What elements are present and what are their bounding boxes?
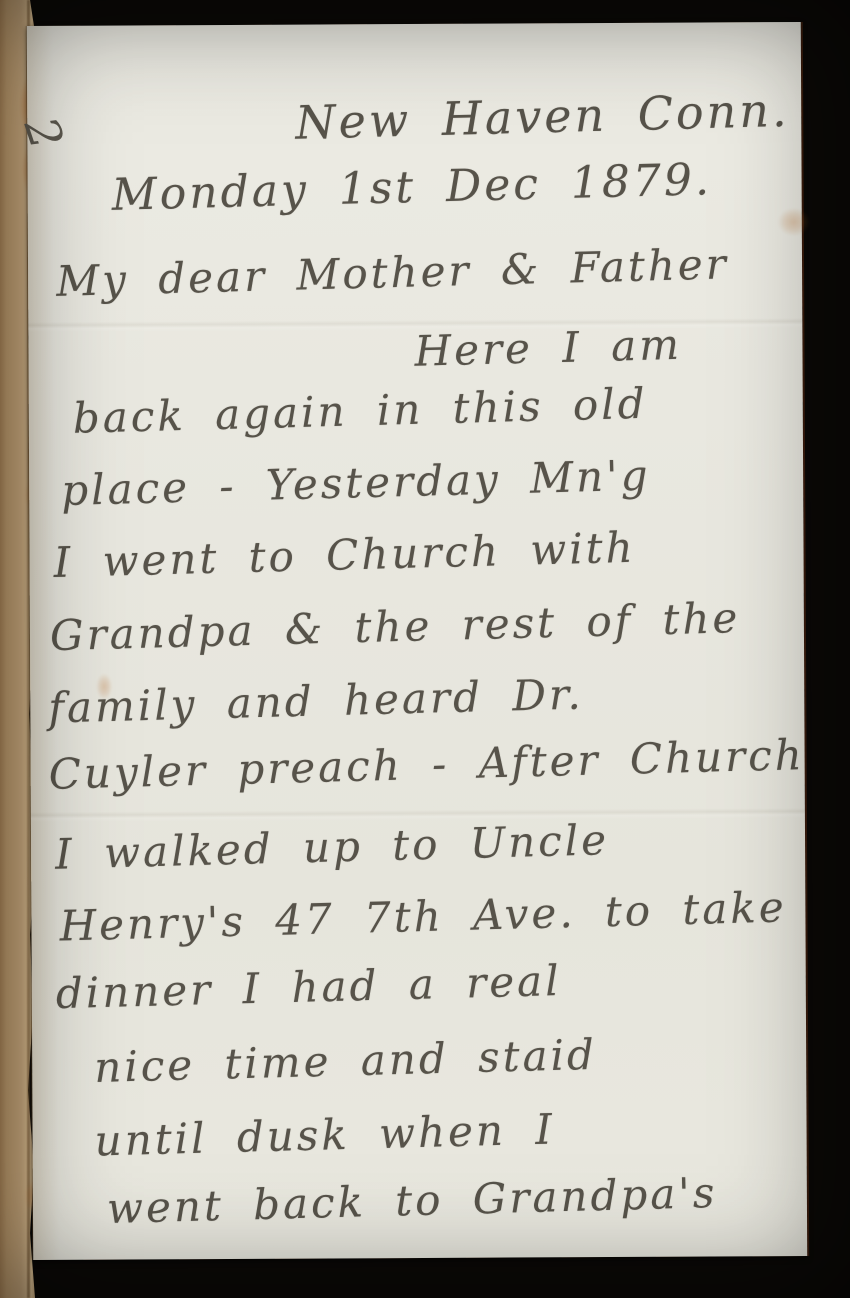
letter-date-line: Monday 1st Dec 1879.	[111, 154, 712, 221]
letter-opening-line: Here I am	[414, 320, 683, 376]
letter-body-line: back again in this old	[72, 379, 648, 443]
letter-place-line: New Haven Conn.	[295, 83, 790, 150]
letter-salutation: My dear Mother & Father	[56, 239, 730, 306]
letter-body-line: went back to Grandpa's	[106, 1168, 718, 1233]
letter-body-line: nice time and staid	[94, 1030, 598, 1092]
letter-body-line: I walked up to Uncle	[55, 815, 610, 878]
letter-body-line: family and heard Dr.	[48, 670, 585, 733]
letter-body-line: place - Yesterday Mn'g	[61, 451, 652, 515]
letter-body-line: Grandpa & the rest of the	[49, 593, 740, 660]
letter-body-line: Henry's 47 7th Ave. to take	[59, 882, 787, 950]
photo-background: 2 New Haven Conn. Monday 1st Dec 1879. M…	[0, 0, 850, 1298]
letter-body-line: I went to Church with	[53, 523, 636, 587]
letter-body-line: dinner I had a real	[55, 956, 562, 1018]
letter-page: 2 New Haven Conn. Monday 1st Dec 1879. M…	[27, 22, 807, 1260]
letter-body-line: until dusk when I	[94, 1104, 555, 1165]
letter-body-line: Cuyler preach - After Church	[48, 730, 805, 799]
foxing-stain	[778, 208, 810, 236]
